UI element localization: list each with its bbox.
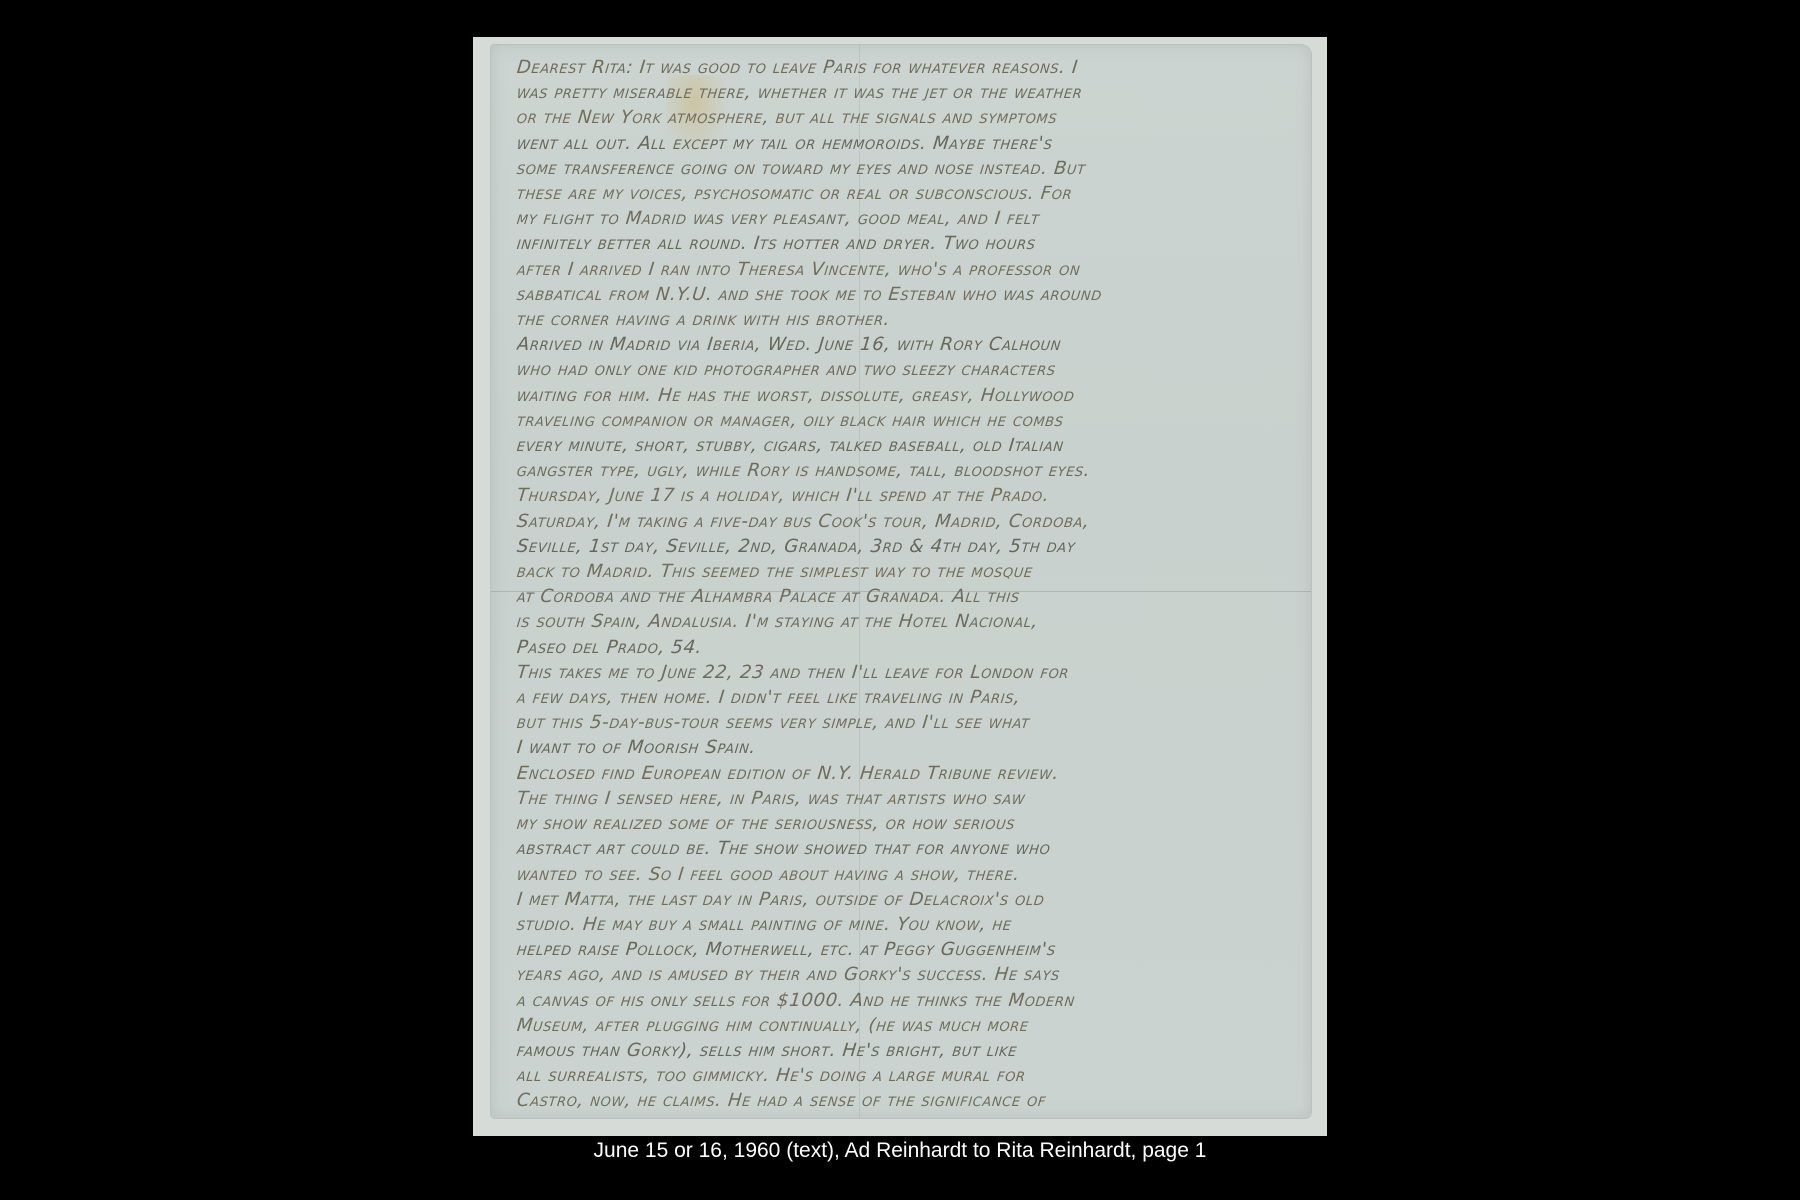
letter-line: Thursday, June 17 is a holiday, which I'…: [516, 483, 1309, 508]
letter-line: years ago, and is amused by their and Go…: [516, 962, 1309, 987]
letter-line: a canvas of his only sells for $1000. An…: [516, 988, 1309, 1013]
letter-line: back to Madrid. This seemed the simplest…: [516, 559, 1309, 584]
letter-line: all surrealists, too gimmicky. He's doin…: [516, 1063, 1309, 1088]
letter-line: This takes me to June 22, 23 and then I'…: [516, 660, 1309, 685]
letter-line: a few days, then home. I didn't feel lik…: [516, 685, 1309, 710]
letter-line: Saturday, I'm taking a five-day bus Cook…: [516, 509, 1309, 534]
letter-paper: Dearest Rita: It was good to leave Paris…: [491, 45, 1311, 1118]
letter-line: some transference going on toward my eye…: [516, 156, 1309, 181]
letter-line: Arrived in Madrid via Iberia, Wed. June …: [516, 332, 1309, 357]
letter-line: The thing I sensed here, in Paris, was t…: [516, 786, 1309, 811]
letter-line: but this 5-day-bus-tour seems very simpl…: [516, 710, 1309, 735]
letter-line: I want to of Moorish Spain.: [516, 735, 1309, 760]
image-viewer: Dearest Rita: It was good to leave Paris…: [0, 0, 1800, 1200]
image-caption: June 15 or 16, 1960 (text), Ad Reinhardt…: [0, 1138, 1800, 1164]
letter-line: studio. He may buy a small painting of m…: [516, 912, 1309, 937]
letter-line: these are my voices, psychosomatic or re…: [516, 181, 1309, 206]
letter-line: went all out. All except my tail or hemm…: [516, 131, 1309, 156]
letter-line: gangster type, ugly, while Rory is hands…: [516, 458, 1309, 483]
letter-line: Museum, after plugging him continually, …: [516, 1013, 1309, 1038]
letter-line: helped raise Pollock, Motherwell, etc. a…: [516, 937, 1309, 962]
letter-text: Dearest Rita: It was good to leave Paris…: [517, 55, 1307, 1114]
letter-line: my show realized some of the seriousness…: [516, 811, 1309, 836]
letter-line: Enclosed find European edition of N.Y. H…: [516, 761, 1309, 786]
letter-line: waiting for him. He has the worst, disso…: [516, 383, 1309, 408]
letter-line: at Cordoba and the Alhambra Palace at Gr…: [516, 584, 1309, 609]
letter-line: Dearest Rita: It was good to leave Paris…: [516, 55, 1309, 80]
letter-line: infinitely better all round. Its hotter …: [516, 231, 1309, 256]
letter-scan: Dearest Rita: It was good to leave Paris…: [473, 37, 1327, 1136]
letter-line: Seville, 1st day, Seville, 2nd, Granada,…: [516, 534, 1309, 559]
letter-line: every minute, short, stubby, cigars, tal…: [516, 433, 1309, 458]
letter-line: wanted to see. So I feel good about havi…: [516, 862, 1309, 887]
letter-line: I met Matta, the last day in Paris, outs…: [516, 887, 1309, 912]
letter-line: traveling companion or manager, oily bla…: [516, 408, 1309, 433]
letter-line: or the New York atmosphere, but all the …: [516, 105, 1309, 130]
letter-line: after I arrived I ran into Theresa Vince…: [516, 257, 1309, 282]
letter-line: the corner having a drink with his broth…: [516, 307, 1309, 332]
letter-line: abstract art could be. The show showed t…: [516, 836, 1309, 861]
letter-line: Castro, now, he claims. He had a sense o…: [516, 1088, 1309, 1113]
letter-line: who had only one kid photographer and tw…: [516, 357, 1309, 382]
letter-line: Paseo del Prado, 54.: [516, 635, 1309, 660]
letter-line: is south Spain, Andalusia. I'm staying a…: [516, 609, 1309, 634]
letter-line: was pretty miserable there, whether it w…: [516, 80, 1309, 105]
letter-line: famous than Gorky), sells him short. He'…: [516, 1038, 1309, 1063]
letter-line: my flight to Madrid was very pleasant, g…: [516, 206, 1309, 231]
letter-line: sabbatical from N.Y.U. and she took me t…: [516, 282, 1309, 307]
